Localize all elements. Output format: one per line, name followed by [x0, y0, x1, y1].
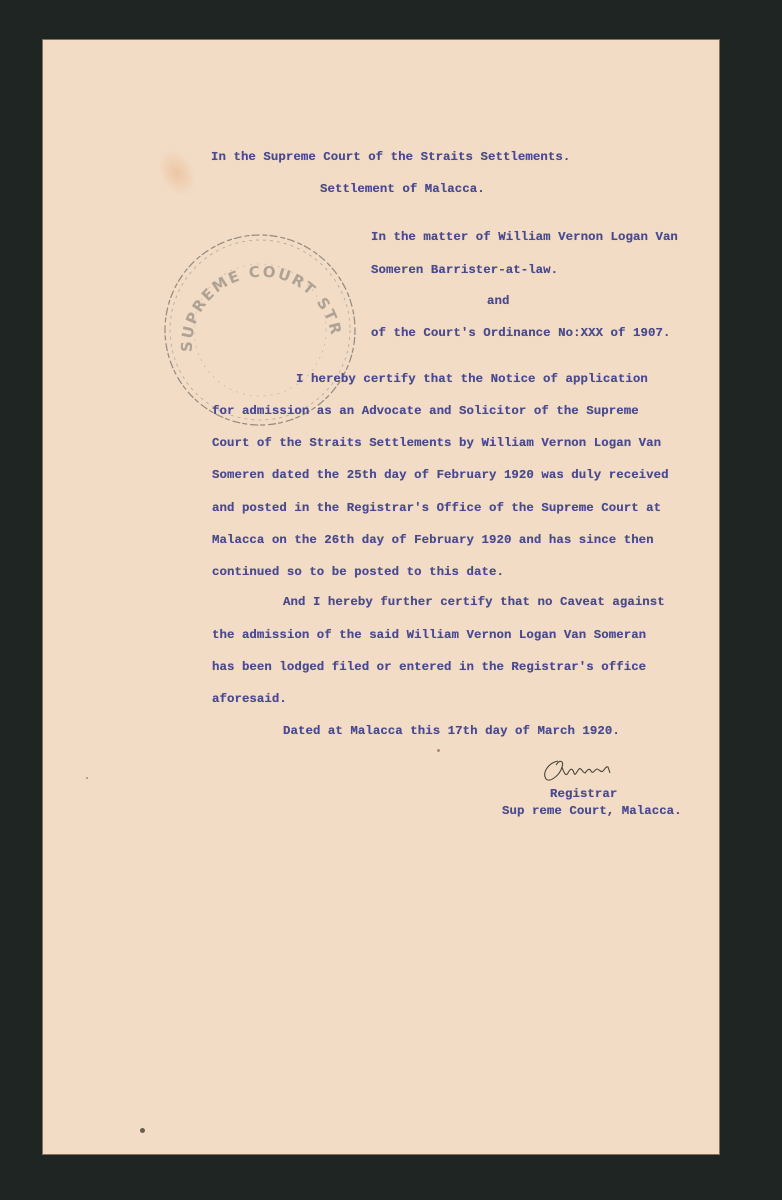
- paper-speck: [86, 777, 88, 779]
- paragraph2-line: And I hereby further certify that no Cav…: [283, 595, 665, 609]
- paragraph1-line: for admission as an Advocate and Solicit…: [212, 404, 639, 418]
- paragraph1-line: I hereby certify that the Notice of appl…: [296, 372, 648, 386]
- signature-icon: [540, 755, 630, 785]
- matter-line-3: of the Court's Ordinance No:XXX of 1907.: [371, 326, 670, 340]
- registrar-title: Registrar: [550, 787, 617, 801]
- matter-line-1: In the matter of William Vernon Logan Va…: [371, 230, 678, 244]
- stain-mark: [150, 143, 204, 203]
- svg-text:SUPREME COURT STRAITS SETTLEME: SUPREME COURT STRAITS SETTLEMENTS: [162, 232, 345, 352]
- court-seal-icon: SUPREME COURT STRAITS SETTLEMENTS: [162, 232, 358, 428]
- paragraph1-line: Malacca on the 26th day of February 1920…: [212, 533, 654, 547]
- paragraph1-line: Court of the Straits Settlements by Will…: [212, 436, 661, 450]
- registrar-office: Sup reme Court, Malacca.: [502, 804, 682, 818]
- paragraph2-line: the admission of the said William Vernon…: [212, 628, 646, 642]
- paper-speck: [140, 1128, 145, 1133]
- matter-line-2: Someren Barrister-at-law.: [371, 263, 558, 277]
- settlement-heading: Settlement of Malacca.: [320, 182, 485, 196]
- dated-line: Dated at Malacca this 17th day of March …: [283, 724, 620, 738]
- paragraph1-line: and posted in the Registrar's Office of …: [212, 501, 661, 515]
- paragraph2-line: aforesaid.: [212, 692, 287, 706]
- paragraph1-line: Someren dated the 25th day of February 1…: [212, 468, 669, 482]
- court-heading: In the Supreme Court of the Straits Sett…: [211, 150, 570, 164]
- paper-speck: [437, 749, 440, 752]
- matter-conjunction: and: [487, 294, 509, 308]
- paragraph1-line: continued so to be posted to this date.: [212, 565, 504, 579]
- paragraph2-line: has been lodged filed or entered in the …: [212, 660, 646, 674]
